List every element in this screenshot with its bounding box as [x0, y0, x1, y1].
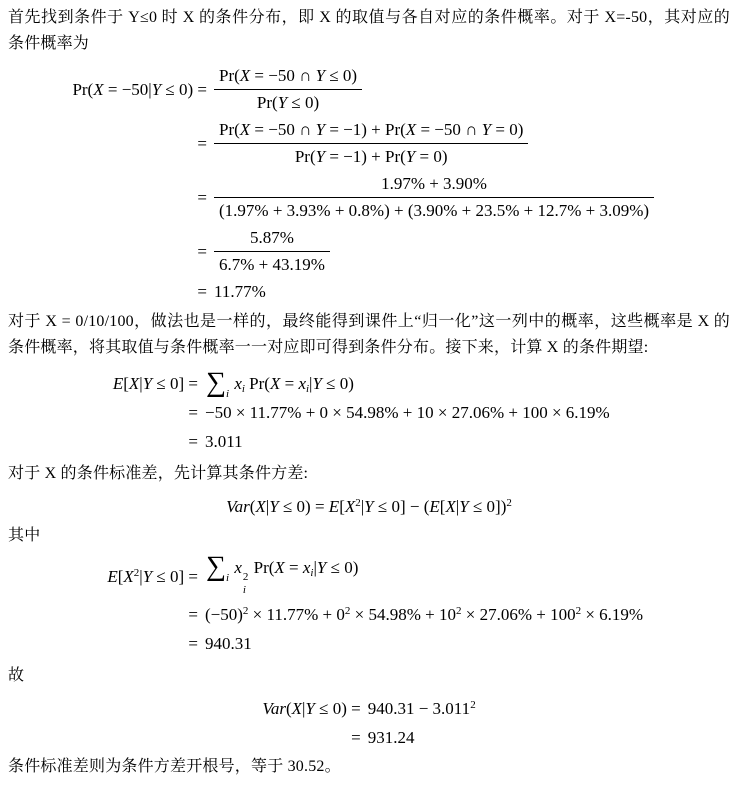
- fraction-denominator: Pr(Y = −1) + Pr(Y = 0): [214, 144, 528, 167]
- paragraph-intro: 首先找到条件于 Y≤0 时 X 的条件分布，即 X 的取值与各自对应的条件概率。…: [8, 5, 730, 57]
- equation-line: = 5.87% 6.7% + 43.19%: [43, 228, 730, 275]
- equation-line: = 11.77%: [43, 282, 730, 302]
- fraction-denominator: (1.97% + 3.93% + 0.8%) + (3.90% + 23.5% …: [214, 198, 654, 221]
- fraction: Pr(X = −50 ∩ Y ≤ 0) Pr(Y ≤ 0): [214, 66, 362, 113]
- equation-block-conditional-probability: Pr(X = −50|Y ≤ 0) = Pr(X = −50 ∩ Y ≤ 0) …: [8, 66, 730, 302]
- equation-variance-definition: Var(X|Y ≤ 0) = E[X2|Y ≤ 0] − (E[X|Y ≤ 0]…: [8, 497, 730, 517]
- equation-line: Pr(X = −50|Y ≤ 0) = Pr(X = −50 ∩ Y ≤ 0) …: [43, 66, 730, 113]
- equation-lhs: Pr(X = −50|Y ≤ 0) =: [43, 80, 207, 100]
- equation-rhs: 940.31 − 3.0112: [368, 699, 476, 719]
- equation-lhs: =: [54, 634, 198, 654]
- equation-lhs: =: [66, 403, 198, 423]
- fraction-numerator: 1.97% + 3.90%: [214, 174, 654, 198]
- equation-line: = (−50)2 × 11.77% + 02 × 54.98% + 102 × …: [54, 605, 730, 625]
- equation-lhs: =: [43, 282, 207, 302]
- equation-line: E[X2|Y ≤ 0] = ∑i x2i Pr(X = xi|Y ≤ 0): [54, 558, 730, 596]
- fraction: 1.97% + 3.90% (1.97% + 3.93% + 0.8%) + (…: [214, 174, 654, 221]
- paragraph-among: 其中: [8, 523, 730, 549]
- equation-lhs: =: [43, 242, 207, 262]
- equation-lhs: E[X|Y ≤ 0] =: [66, 374, 198, 394]
- paragraph-method: 对于 X = 0/10/100，做法也是一样的，最终能得到课件上“归一化”这一列…: [8, 309, 730, 361]
- equation-rhs: 940.31: [205, 634, 252, 654]
- equation-block-variance-result: Var(X|Y ≤ 0) = 940.31 − 3.0112 = 931.24: [262, 699, 475, 748]
- fraction-denominator: Pr(Y ≤ 0): [214, 90, 362, 113]
- fraction-denominator: 6.7% + 43.19%: [214, 252, 330, 275]
- equation-text: Var(X|Y ≤ 0) = E[X2|Y ≤ 0] − (E[X|Y ≤ 0]…: [226, 497, 512, 516]
- fraction-numerator: Pr(X = −50 ∩ Y ≤ 0): [214, 66, 362, 90]
- equation-block-second-moment: E[X2|Y ≤ 0] = ∑i x2i Pr(X = xi|Y ≤ 0) = …: [8, 558, 730, 654]
- equation-lhs: =: [54, 605, 198, 625]
- equation-rhs: ∑i x2i Pr(X = xi|Y ≤ 0): [205, 558, 358, 596]
- equation-rhs: (−50)2 × 11.77% + 02 × 54.98% + 102 × 27…: [205, 605, 643, 625]
- equation-line: = 940.31: [54, 634, 730, 654]
- fraction: 5.87% 6.7% + 43.19%: [214, 228, 330, 275]
- equation-lhs: =: [262, 728, 360, 748]
- fraction-numerator: 5.87%: [214, 228, 330, 252]
- equation-lhs: Var(X|Y ≤ 0) =: [262, 699, 360, 719]
- equation-lhs: =: [43, 188, 207, 208]
- equation-block-expectation: E[X|Y ≤ 0] = ∑i xi Pr(X = xi|Y ≤ 0) = −5…: [8, 374, 730, 452]
- equation-line: = Pr(X = −50 ∩ Y = −1) + Pr(X = −50 ∩ Y …: [43, 120, 730, 167]
- equation-rhs: −50 × 11.77% + 0 × 54.98% + 10 × 27.06% …: [205, 403, 610, 423]
- paragraph-conclusion: 条件标准差则为条件方差开根号，等于 30.52。: [8, 754, 730, 780]
- document: 首先找到条件于 Y≤0 时 X 的条件分布，即 X 的取值与各自对应的条件概率。…: [0, 0, 738, 780]
- equation-line: = 1.97% + 3.90% (1.97% + 3.93% + 0.8%) +…: [43, 174, 730, 221]
- paragraph-therefore: 故: [8, 663, 730, 689]
- equation-rhs: 3.011: [205, 432, 243, 452]
- fraction: Pr(X = −50 ∩ Y = −1) + Pr(X = −50 ∩ Y = …: [214, 120, 528, 167]
- equation-line: E[X|Y ≤ 0] = ∑i xi Pr(X = xi|Y ≤ 0): [66, 374, 730, 394]
- equation-lhs: =: [66, 432, 198, 452]
- equation-rhs: ∑i xi Pr(X = xi|Y ≤ 0): [205, 374, 354, 394]
- paragraph-stddev-intro: 对于 X 的条件标准差，先计算其条件方差:: [8, 461, 730, 487]
- equation-rhs: 11.77%: [214, 282, 266, 302]
- equation-lhs: E[X2|Y ≤ 0] =: [54, 567, 198, 587]
- equation-line: = 3.011: [66, 432, 730, 452]
- equation-line: = −50 × 11.77% + 0 × 54.98% + 10 × 27.06…: [66, 403, 730, 423]
- fraction-numerator: Pr(X = −50 ∩ Y = −1) + Pr(X = −50 ∩ Y = …: [214, 120, 528, 144]
- equation-lhs: =: [43, 134, 207, 154]
- equation-rhs: 931.24: [368, 728, 476, 748]
